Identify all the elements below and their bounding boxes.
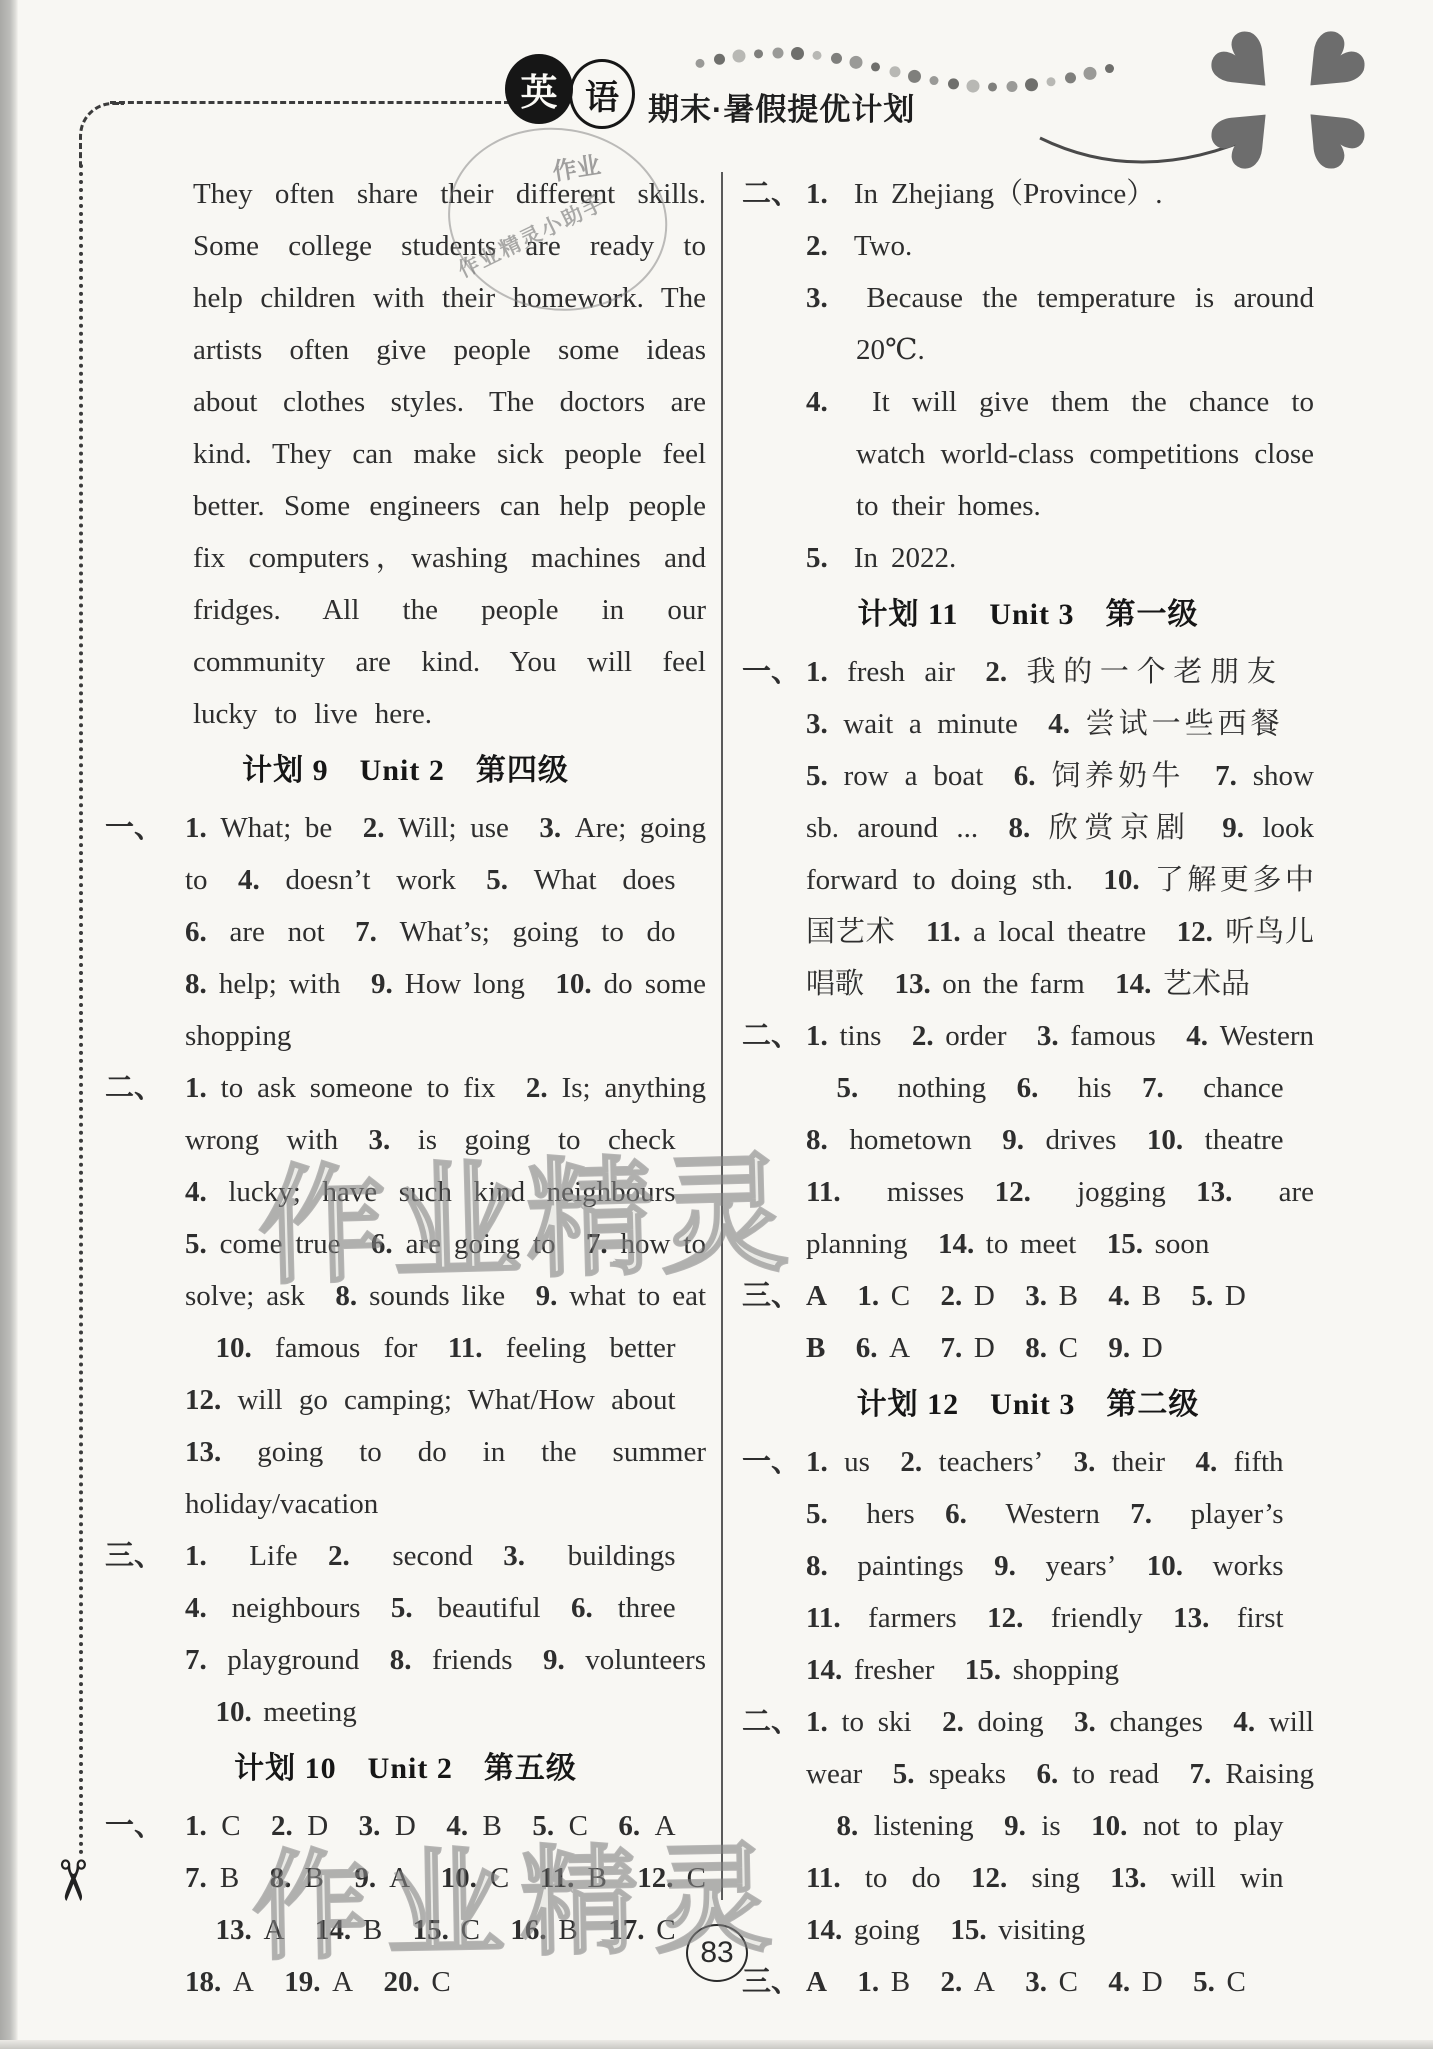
item-gap: [941, 1886, 971, 1887]
item-gap: [972, 1148, 1002, 1149]
item-gap: [1116, 1574, 1146, 1575]
answer-item: 6. to read: [1036, 1758, 1159, 1790]
answer-number: 3.: [359, 1810, 381, 1842]
answer-number: 16.: [510, 1914, 546, 1946]
section-marker: 一、: [742, 1436, 800, 1488]
answer-text: visiting: [987, 1914, 1086, 1946]
answer-item: 1. C: [185, 1810, 241, 1842]
answer-number: 14.: [315, 1914, 351, 1946]
answer-number: 1.: [857, 1280, 879, 1312]
answer-item: 14. going: [806, 1914, 920, 1946]
answer-number: 6.: [945, 1498, 967, 1530]
answer-text: Because the temperature is around 20℃.: [828, 282, 1314, 366]
answer-text: C: [449, 1914, 480, 1946]
answer-number: 6.: [185, 916, 207, 948]
answer-number: 3.: [539, 812, 561, 844]
answer-item: 6. Western: [945, 1498, 1100, 1530]
item-gap: [1085, 992, 1115, 993]
answer-item: 5. C: [1193, 1966, 1246, 1998]
answer-number: 10.: [555, 968, 591, 1000]
answer-item: 4. fifth: [1195, 1446, 1283, 1478]
answer-item: 10. works: [1147, 1550, 1284, 1582]
answer-text: on the farm: [931, 968, 1085, 1000]
answer-item: 2. D: [271, 1810, 328, 1842]
answer-number: 7.: [185, 1644, 207, 1676]
item-gap: [1246, 1990, 1276, 1991]
answer-item: 4. 尝试一些西餐: [1048, 708, 1283, 740]
answer-number: 10.: [1147, 1550, 1183, 1582]
answer-text: How long: [393, 968, 525, 1000]
answer-text: beautiful: [413, 1592, 541, 1624]
answer-number: 10.: [215, 1696, 251, 1728]
answer-item: 12. sing: [971, 1862, 1080, 1894]
item-gap: [284, 1938, 314, 1939]
answer-text: first: [1209, 1602, 1283, 1634]
answer-text: a local theatre: [961, 916, 1146, 948]
answer-item: 8. listening: [836, 1810, 973, 1842]
item-gap: [1006, 1782, 1036, 1783]
answer-text: A: [252, 1914, 285, 1946]
answer-number: 8.: [390, 1644, 412, 1676]
cut-line-horizontal: [110, 101, 510, 104]
item-gap: [920, 1938, 950, 1939]
answer-text: 我的一个老朋友: [1007, 656, 1283, 688]
item-gap: [378, 1512, 408, 1513]
answer-text: A: [640, 1810, 675, 1842]
answer-text: D: [380, 1810, 415, 1842]
answer-text: C: [477, 1862, 509, 1894]
answer-item: 2. Will; use: [363, 812, 509, 844]
item-gap: [676, 940, 706, 941]
item-gap: [1284, 1886, 1314, 1887]
answer-text: meeting: [252, 1696, 357, 1728]
item-gap: [1165, 1470, 1195, 1471]
answer-number: 13.: [894, 968, 930, 1000]
answer-item: 12. will go camping; What/How about: [185, 1384, 676, 1416]
answer-text: In Zhejiang（Province）.: [828, 178, 1163, 210]
section-content: 1. Life2. second3. buildings4. neighbour…: [185, 1530, 706, 1738]
answer-item: 1. C: [857, 1280, 910, 1312]
item-gap: [908, 1252, 938, 1253]
answer-item: 4. B: [1108, 1280, 1161, 1312]
answer-text: to do: [841, 1862, 941, 1894]
answer-text: What does: [508, 864, 676, 896]
answer-text: sing: [1007, 1862, 1080, 1894]
answer-number: 8.: [335, 1280, 357, 1312]
subject-badge-yu: 语: [569, 59, 635, 129]
answer-item: 13. going to do in the summer holiday/va…: [185, 1436, 706, 1520]
answer-text: D: [1130, 1966, 1163, 1998]
item-gap: [298, 1564, 328, 1565]
answer-number: 11.: [540, 1862, 575, 1894]
section-heading: 计划 10 Unit 2 第五级: [105, 1738, 706, 1800]
item-gap: [896, 940, 926, 941]
answer-number: 7.: [355, 916, 377, 948]
answer-number: 1.: [806, 656, 828, 688]
item-gap: [555, 1252, 585, 1253]
item-gap: [1076, 1252, 1106, 1253]
answer-number: 4.: [1108, 1966, 1130, 1998]
answer-number: 3.: [1037, 1020, 1059, 1052]
answer-item: 10. C: [441, 1862, 510, 1894]
item-gap: [324, 1886, 354, 1887]
answer-item: 1. tins: [806, 1020, 881, 1052]
answer-number: 13.: [1173, 1602, 1209, 1634]
answer-text: B: [207, 1862, 239, 1894]
answer-number: 10.: [1147, 1124, 1183, 1156]
item-gap: [1284, 1470, 1314, 1471]
answer-item: 6. three: [571, 1592, 676, 1624]
answer-text: In 2022.: [828, 542, 957, 574]
answer-item: 15. C: [413, 1914, 480, 1946]
answer-item: 3. changes: [1074, 1706, 1203, 1738]
item-gap: [359, 1668, 389, 1669]
answer-item: 2. doing: [942, 1706, 1044, 1738]
answer-text: It will give them the chance to watch wo…: [828, 386, 1314, 522]
badge-char: 英: [521, 62, 558, 116]
answer-text: A: [878, 1332, 911, 1364]
item-gap: [185, 1356, 215, 1357]
answer-number: 8.: [270, 1862, 292, 1894]
answer-number: 2.: [806, 230, 828, 262]
answer-text: to ask someone to fix: [207, 1072, 496, 1104]
item-gap: [1080, 1886, 1110, 1887]
item-gap: [676, 1148, 706, 1149]
answer-item: 8. paintings: [806, 1550, 964, 1582]
answer-item: 11. a local theatre: [926, 916, 1146, 948]
item-gap: [1284, 1834, 1314, 1835]
answer-number: 3.: [806, 708, 828, 740]
section-content: 1. to ski2. doing3. changes4. will wear5…: [806, 1696, 1314, 1956]
answer-number: 2.: [900, 1446, 922, 1478]
item-gap: [588, 1834, 618, 1835]
answer-item: 3. is going to check: [369, 1124, 676, 1156]
answer-number: 10.: [441, 1862, 477, 1894]
answer-item: 5. row a boat: [806, 760, 983, 792]
answer-item: 5. speaks: [893, 1758, 1006, 1790]
answer-number: 4.: [1233, 1706, 1255, 1738]
item-gap: [353, 1990, 383, 1991]
answer-item: 7. chance: [1142, 1072, 1284, 1104]
answer-number: 7.: [1189, 1758, 1211, 1790]
answer-number: 5.: [806, 1498, 828, 1530]
answer-item: 12. jogging: [995, 1176, 1166, 1208]
answer-item: 6. are not: [185, 916, 325, 948]
item-gap: [291, 1044, 321, 1045]
answer-text: changes: [1096, 1706, 1203, 1738]
reading-passage-paragraph: They often share their different skills.…: [193, 168, 706, 740]
answer-section: 三、1. Life2. second3. buildings4. neighbo…: [105, 1530, 706, 1738]
item-gap: [870, 1470, 900, 1471]
item-gap: [955, 680, 985, 681]
answer-text: going to do in the summer holiday/vacati…: [185, 1436, 706, 1520]
answer-item: 9. How long: [371, 968, 525, 1000]
answer-item: 11. misses: [806, 1176, 964, 1208]
answer-text: jogging: [1031, 1176, 1166, 1208]
answer-number: 15.: [413, 1914, 449, 1946]
item-gap: [862, 1782, 892, 1783]
answer-number: 9.: [1004, 1810, 1026, 1842]
answer-item: 7. B: [185, 1862, 239, 1894]
item-gap: [332, 836, 362, 837]
answer-number: 14.: [938, 1228, 974, 1260]
answer-text: Life: [207, 1540, 298, 1572]
answer-item: 4. neighbours: [185, 1592, 360, 1624]
item-gap: [1156, 1044, 1186, 1045]
answer-item: 2. teachers’: [900, 1446, 1043, 1478]
answer-number: 8.: [1009, 812, 1031, 844]
answer-text: nothing: [858, 1072, 986, 1104]
answer-number: 12.: [987, 1602, 1023, 1634]
answer-number: 1.: [185, 812, 207, 844]
answer-number: 8.: [806, 1124, 828, 1156]
item-gap: [495, 1096, 525, 1097]
answer-text: is: [1026, 1810, 1061, 1842]
answer-text: What; be: [207, 812, 333, 844]
section-marker: 二、: [742, 1010, 800, 1062]
item-gap: [964, 1200, 994, 1201]
item-gap: [978, 836, 1008, 837]
answer-text: second: [350, 1540, 473, 1572]
answer-number: 10.: [1103, 864, 1139, 896]
answer-number: 6.: [1017, 1072, 1039, 1104]
item-gap: [241, 1834, 271, 1835]
answer-number: 5.: [836, 1072, 858, 1104]
answer-item: 1. B: [857, 1966, 910, 1998]
answer-number: 12.: [995, 1176, 1031, 1208]
item-gap: [1085, 1938, 1115, 1939]
answer-text: Will; use: [384, 812, 508, 844]
answer-item: 8. help; with: [185, 968, 341, 1000]
section-marker: 二、: [742, 168, 800, 220]
answer-item: 5. What does: [486, 864, 675, 896]
answer-number: 11.: [926, 916, 961, 948]
answer-number: 1.: [857, 1966, 879, 1998]
answer-item: 4. D: [1108, 1966, 1162, 1998]
answer-text: C: [554, 1810, 588, 1842]
answer-text: his: [1038, 1072, 1111, 1104]
answer-number: 9.: [1222, 812, 1244, 844]
left-column: They often share their different skills.…: [105, 168, 706, 2008]
item-gap: [325, 940, 355, 941]
subject-badge-ying: 英: [505, 54, 573, 124]
answer-item: 14. to meet: [938, 1228, 1076, 1260]
answer-number: 5.: [806, 542, 828, 574]
answer-number: 4.: [185, 1176, 207, 1208]
answer-text: hometown: [828, 1124, 972, 1156]
item-gap: [239, 1886, 269, 1887]
answer-text: A: [376, 1862, 410, 1894]
answer-number: 13.: [215, 1914, 251, 1946]
answer-text: D: [1213, 1280, 1246, 1312]
answer-text: A: [320, 1966, 353, 1998]
item-gap: [1044, 1730, 1074, 1731]
answer-item: 4. B: [446, 1810, 502, 1842]
answer-number: 3.: [1074, 1706, 1096, 1738]
answer-text: soon: [1143, 1228, 1209, 1260]
item-gap: [1159, 1782, 1189, 1783]
answer-item: 8. friends: [390, 1644, 513, 1676]
item-gap: [382, 1938, 412, 1939]
answer-text: A: [221, 1966, 254, 1998]
answer-number: 12.: [637, 1862, 673, 1894]
answer-number: 5.: [391, 1592, 413, 1624]
answer-text: feeling better: [483, 1332, 676, 1364]
answer-text: years’: [1016, 1550, 1116, 1582]
item-gap: [185, 1720, 215, 1721]
item-gap: [185, 1938, 215, 1939]
answer-text: 艺术品: [1151, 968, 1250, 1000]
section-marker: 二、: [742, 1696, 800, 1748]
item-gap: [456, 888, 486, 889]
item-gap: [676, 1200, 706, 1201]
item-gap: [1112, 1096, 1142, 1097]
answer-item: 4. lucky; have such kind neighbours: [185, 1176, 676, 1208]
item-gap: [1185, 784, 1215, 785]
answer-text: not to play: [1127, 1810, 1283, 1842]
answer-item: 14. 艺术品: [1115, 968, 1250, 1000]
item-gap: [995, 1304, 1025, 1305]
answer-text: listening: [858, 1810, 973, 1842]
answer-number: 4.: [1195, 1446, 1217, 1478]
answer-number: 8.: [1025, 1332, 1047, 1364]
answer-number: 6.: [856, 1332, 878, 1364]
item-gap: [410, 1886, 440, 1887]
item-gap: [1209, 1252, 1239, 1253]
answer-number: 13.: [185, 1436, 221, 1468]
answer-item: 7. What’s; going to do: [355, 916, 675, 948]
section-content: 1. us2. teachers’3. their4. fifth5. hers…: [806, 1436, 1314, 1696]
item-gap: [1284, 1096, 1314, 1097]
answer-text: works: [1183, 1550, 1284, 1582]
answer-item: 3. D: [359, 1810, 416, 1842]
answer-text: D: [962, 1280, 995, 1312]
answer-number: 2.: [941, 1966, 963, 1998]
answer-text: B: [468, 1810, 502, 1842]
answer-item: 12. friendly: [987, 1602, 1143, 1634]
answer-item: 17. C: [608, 1914, 675, 1946]
answer-item: 8. 欣赏京剧: [1009, 812, 1192, 844]
answer-item: 5. beautiful: [391, 1592, 541, 1624]
answer-number: 7.: [941, 1332, 963, 1364]
item-gap: [912, 1730, 942, 1731]
answer-text: theatre: [1183, 1124, 1283, 1156]
answer-item: 9. is: [1004, 1810, 1061, 1842]
answer-text: C: [420, 1966, 451, 1998]
section-heading: 计划 12 Unit 3 第二级: [742, 1374, 1314, 1436]
item-gap: [676, 1408, 706, 1409]
right-column: 二、1. In Zhejiang（Province）.2. Two.3. Bec…: [742, 168, 1314, 2008]
answer-number: 15.: [950, 1914, 986, 1946]
answer-item: 9. years’: [994, 1550, 1116, 1582]
answer-item: 3. famous: [1037, 1020, 1156, 1052]
answer-section: 二、1. tins2. order3. famous4. Western5. n…: [742, 1010, 1314, 1270]
item-gap: [957, 1626, 987, 1627]
answer-number: 5.: [486, 864, 508, 896]
item-gap: [513, 1668, 543, 1669]
page-number-badge: 83: [686, 1924, 748, 1982]
item-gap: [986, 1096, 1016, 1097]
answer-item: 19. A: [284, 1966, 353, 1998]
item-gap: [995, 1990, 1025, 1991]
item-gap: [827, 1990, 857, 1991]
page-number: 83: [700, 1936, 733, 1970]
answer-line: 3. Because the temperature is around 20℃…: [806, 272, 1314, 376]
answer-text: help; with: [207, 968, 341, 1000]
section-content: 1. What; be2. Will; use3. Are; going to4…: [185, 802, 706, 1062]
answer-text: farmers: [841, 1602, 957, 1634]
answer-text: friends: [412, 1644, 513, 1676]
item-gap: [509, 836, 539, 837]
answer-text: volunteers: [565, 1644, 706, 1676]
answer-number: 9.: [371, 968, 393, 1000]
answer-item: 2. A: [941, 1966, 995, 1998]
answer-number: 2.: [363, 812, 385, 844]
answer-item: 15. visiting: [950, 1914, 1085, 1946]
section-content: A1. C2. D3. B4. B5. DB6. A7. D8. C9. D: [806, 1270, 1314, 1374]
item-gap: [1119, 1678, 1149, 1679]
group-label: A: [806, 1280, 827, 1312]
answer-text: fresher: [842, 1654, 934, 1686]
item-gap: [1284, 1522, 1314, 1523]
answer-number: 1.: [806, 178, 828, 210]
section-content: A1. B2. A3. C4. D5. C: [806, 1956, 1314, 2008]
answer-text: drives: [1024, 1124, 1116, 1156]
item-gap: [1100, 1522, 1130, 1523]
answer-item: 9. what to eat: [536, 1280, 706, 1312]
answer-number: 13.: [1196, 1176, 1232, 1208]
item-gap: [1192, 836, 1222, 837]
item-gap: [1078, 1304, 1108, 1305]
answer-item: 6. A: [856, 1332, 910, 1364]
answer-item: 3. B: [1025, 1280, 1078, 1312]
answer-text: tins: [828, 1020, 882, 1052]
answer-item: 16. B: [510, 1914, 577, 1946]
item-gap: [1161, 1304, 1191, 1305]
item-gap: [480, 1938, 510, 1939]
clover-leaf: ♥: [1277, 81, 1382, 186]
answer-item: 5. hers: [806, 1498, 915, 1530]
answer-item: 5. nothing: [836, 1072, 986, 1104]
answer-section: 三、A1. C2. D3. B4. B5. DB6. A7. D8. C9. D: [742, 1270, 1314, 1374]
answer-item: 2. second: [328, 1540, 473, 1572]
answer-number: 18.: [185, 1966, 221, 1998]
answer-number: 2.: [941, 1280, 963, 1312]
item-gap: [1250, 992, 1280, 993]
answer-number: 5.: [893, 1758, 915, 1790]
answer-text: is going to check: [390, 1124, 675, 1156]
answer-group: A1. C2. D3. B4. B5. D: [806, 1270, 1314, 1322]
item-gap: [964, 1574, 994, 1575]
item-gap: [1043, 1470, 1073, 1471]
item-gap: [864, 992, 894, 993]
answer-text: fifth: [1217, 1446, 1283, 1478]
item-gap: [676, 1356, 706, 1357]
answer-number: 2.: [526, 1072, 548, 1104]
answer-item: 3. C: [1025, 1966, 1078, 1998]
answer-number: 3.: [503, 1540, 525, 1572]
item-gap: [1163, 1356, 1193, 1357]
column-divider: [721, 172, 723, 1900]
answer-text: C: [207, 1810, 241, 1842]
answer-item: 5. C: [532, 1810, 588, 1842]
answer-text: hers: [828, 1498, 915, 1530]
answer-text: C: [1215, 1966, 1246, 1998]
answer-text: doing: [964, 1706, 1044, 1738]
answer-item: 1. fresh air: [806, 656, 955, 688]
answer-item: 13. on the farm: [894, 968, 1084, 1000]
answer-text: misses: [841, 1176, 965, 1208]
